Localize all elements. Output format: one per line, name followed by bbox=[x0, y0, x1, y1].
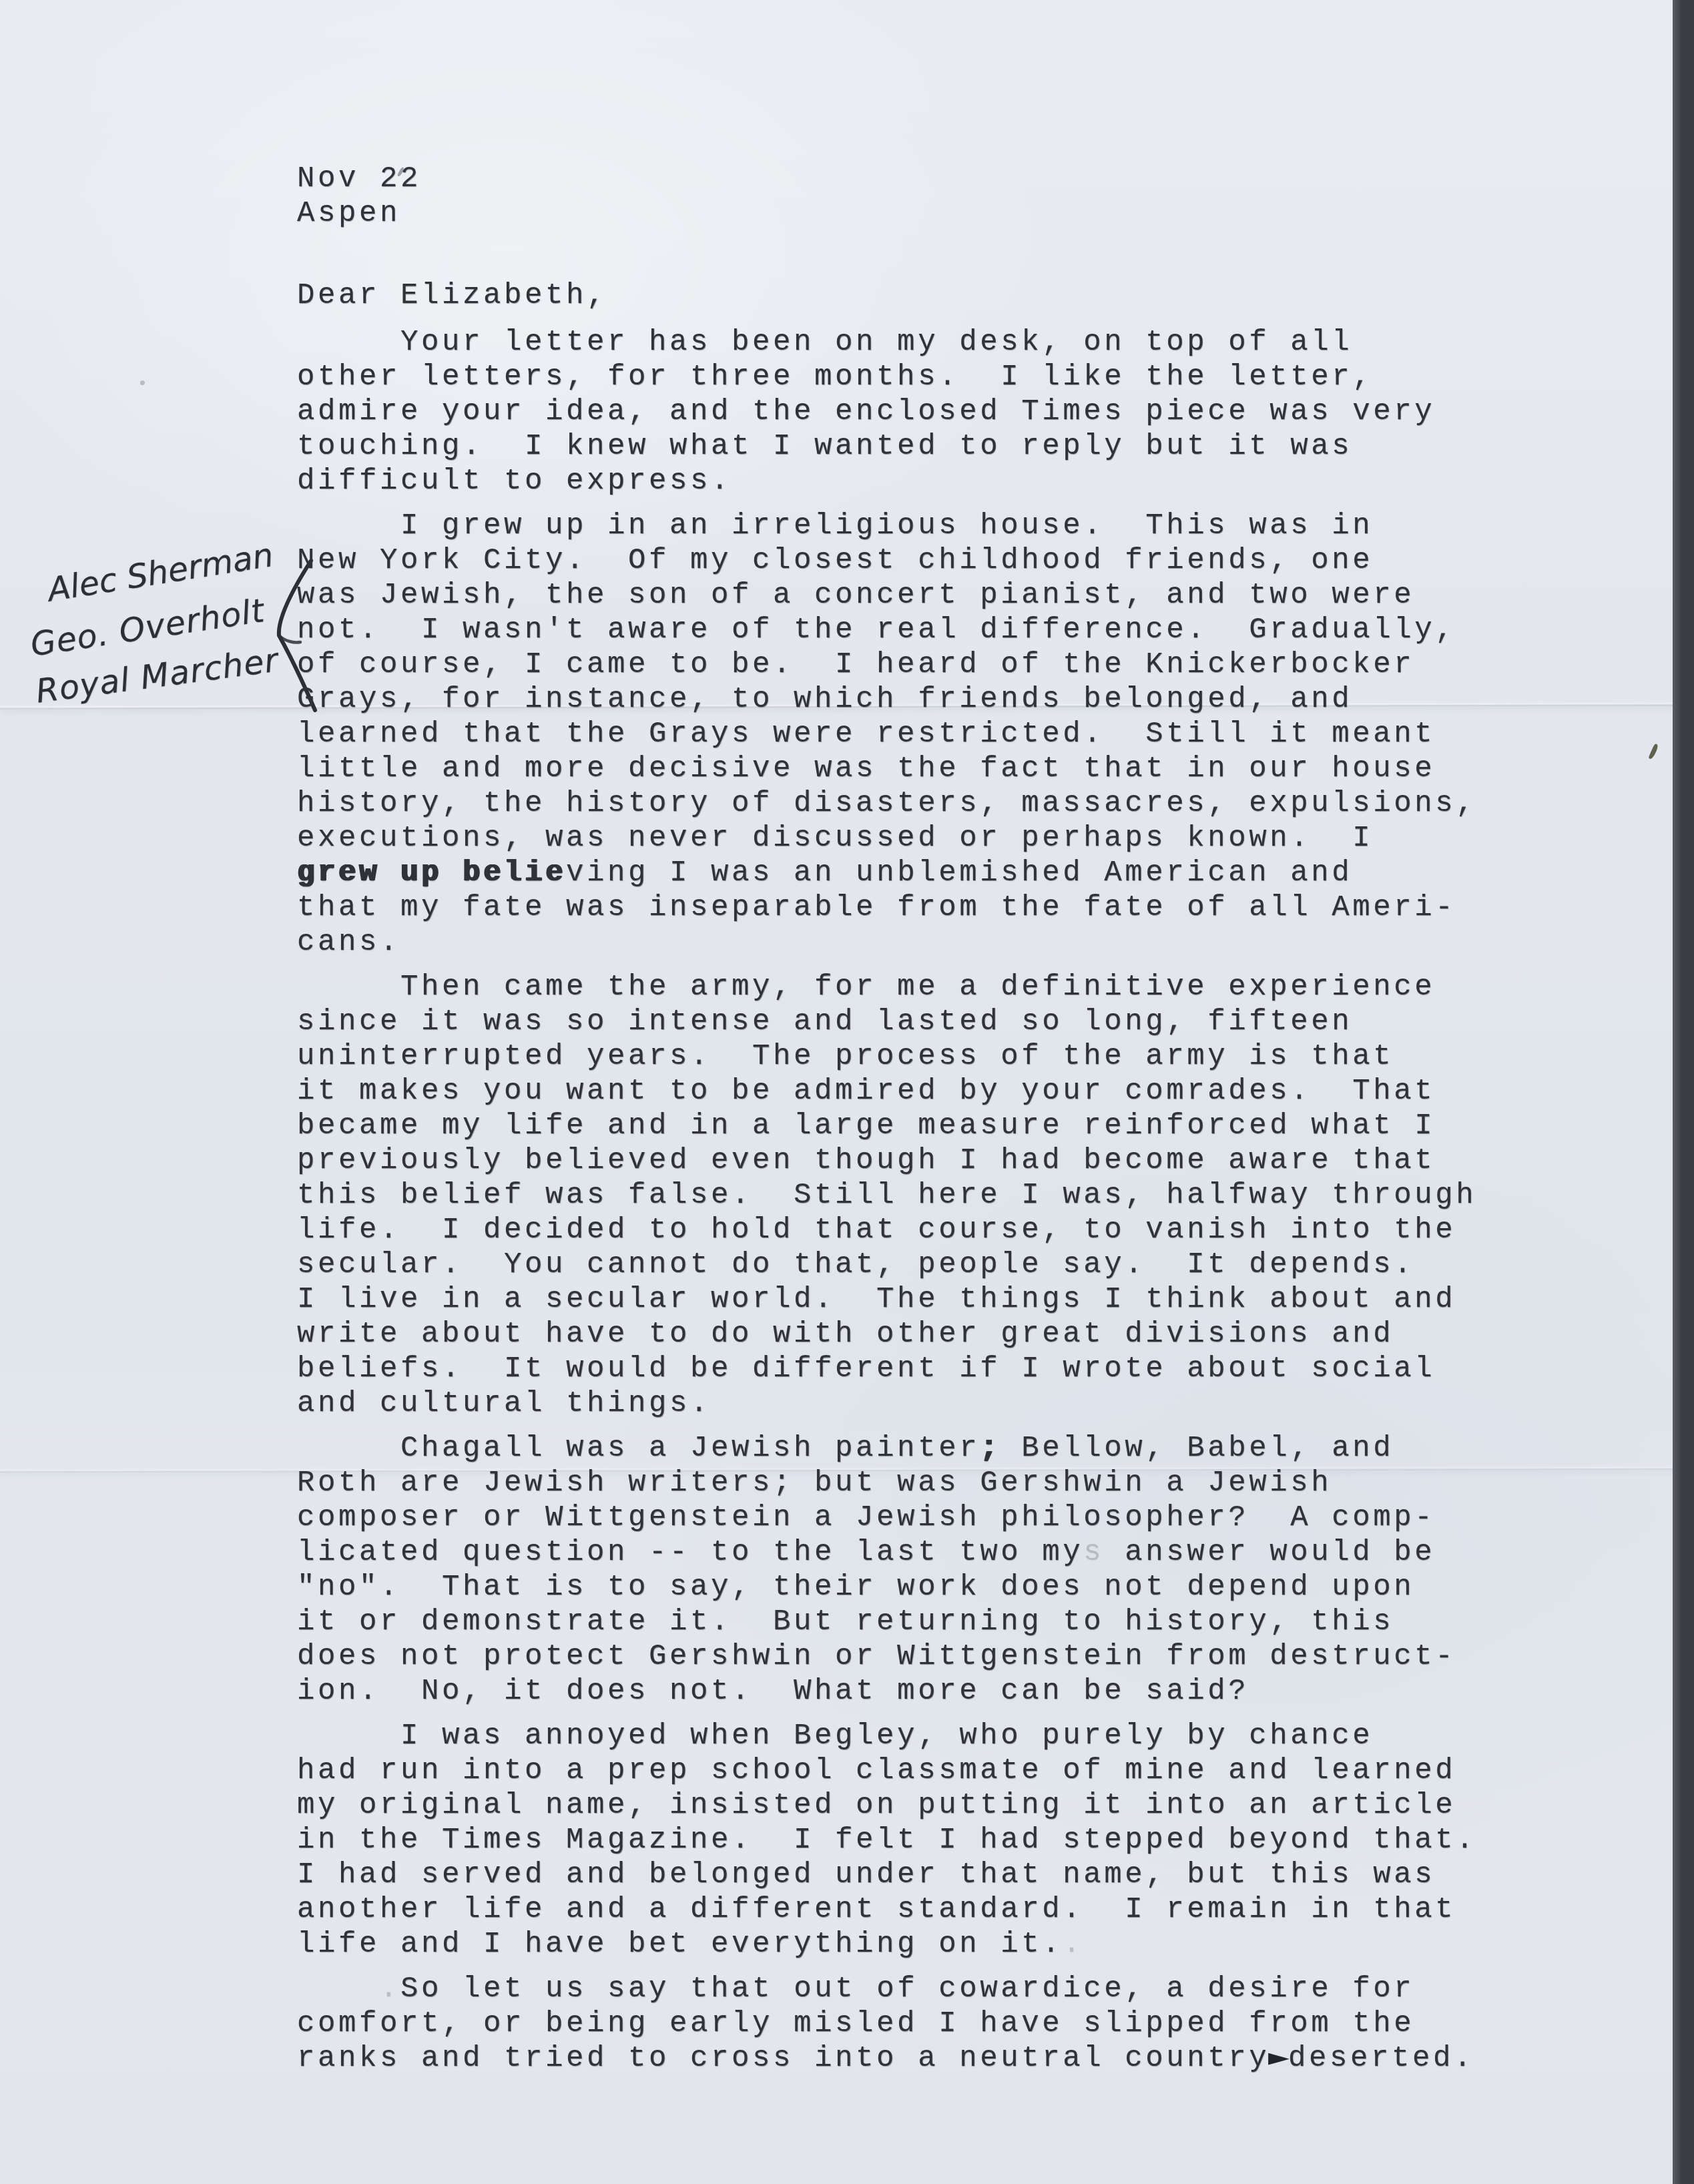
typed-line: and cultural things. bbox=[297, 1386, 1518, 1421]
typed-line: composer or Wittgenstein a Jewish philos… bbox=[297, 1500, 1518, 1535]
typed-line: I grew up in an irreligious house. This … bbox=[297, 509, 1518, 543]
typed-line: it or demonstrate it. But returning to h… bbox=[297, 1605, 1518, 1639]
scanner-edge-strip bbox=[1673, 0, 1694, 2184]
salutation: Dear Elizabeth, bbox=[297, 278, 1518, 313]
insertion-arrow-icon: ► bbox=[1268, 2040, 1290, 2075]
typed-line: previously believed even though I had be… bbox=[297, 1143, 1518, 1178]
typed-line: learned that the Grays were restricted. … bbox=[297, 717, 1518, 752]
typed-line: ranks and tried to cross into a neutral … bbox=[297, 2041, 1518, 2076]
typed-line: comfort, or being early misled I have sl… bbox=[297, 2006, 1518, 2041]
ghost-text: s bbox=[1083, 1536, 1104, 1569]
typed-line: another life and a different standard. I… bbox=[297, 1892, 1518, 1927]
typed-line: it makes you want to be admired by your … bbox=[297, 1074, 1518, 1109]
typed-line: Your letter has been on my desk, on top … bbox=[297, 325, 1518, 360]
paragraph: Then came the army, for me a definitive … bbox=[297, 970, 1518, 1421]
overstrike-text: grew up belie bbox=[297, 856, 566, 890]
typed-line: had run into a prep school classmate of … bbox=[297, 1753, 1518, 1788]
typed-line: admire your idea, and the enclosed Times… bbox=[297, 394, 1518, 429]
overstrike-text: ; bbox=[980, 1432, 1001, 1465]
typed-line: secular. You cannot do that, people say.… bbox=[297, 1248, 1518, 1282]
typed-line: licated question -- to the last two mys … bbox=[297, 1535, 1518, 1570]
scan-speck bbox=[140, 380, 145, 385]
typed-line: I live in a secular world. The things I … bbox=[297, 1282, 1518, 1317]
typed-line: life and I have bet everything on it.. bbox=[297, 1927, 1518, 1962]
typed-line: Chagall was a Jewish painter; Bellow, Ba… bbox=[297, 1431, 1518, 1466]
typed-line: since it was so intense and lasted so lo… bbox=[297, 1005, 1518, 1039]
typed-line: Roth are Jewish writers; but was Gershwi… bbox=[297, 1466, 1518, 1500]
ghost-text: . bbox=[380, 1972, 400, 2006]
typed-line: I was annoyed when Begley, who purely by… bbox=[297, 1719, 1518, 1753]
typed-line: that my fate was inseparable from the fa… bbox=[297, 890, 1518, 925]
place-line: Aspen bbox=[297, 196, 1518, 231]
typed-line: difficult to express. bbox=[297, 464, 1518, 499]
typed-line: other letters, for three months. I like … bbox=[297, 360, 1518, 394]
ghost-text: . bbox=[1063, 1928, 1083, 1961]
typed-line: write about have to do with other great … bbox=[297, 1317, 1518, 1352]
handwritten-margin-note: Alec Sherman Geo. Overholt Royal Marcher bbox=[0, 0, 347, 200]
typed-line: in the Times Magazine. I felt I had step… bbox=[297, 1823, 1518, 1858]
typed-line: Then came the army, for me a definitive … bbox=[297, 970, 1518, 1005]
typed-line: Grays, for instance, to which friends be… bbox=[297, 682, 1518, 717]
typed-line: cans. bbox=[297, 925, 1518, 960]
typed-line: does not protect Gershwin or Wittgenstei… bbox=[297, 1639, 1518, 1674]
typed-line: my original name, insisted on putting it… bbox=[297, 1788, 1518, 1823]
typed-line: ion. No, it does not. What more can be s… bbox=[297, 1674, 1518, 1709]
paragraph: Chagall was a Jewish painter; Bellow, Ba… bbox=[297, 1431, 1518, 1709]
paragraph: I grew up in an irreligious house. This … bbox=[297, 509, 1518, 960]
typed-line: little and more decisive was the fact th… bbox=[297, 752, 1518, 786]
typed-line: history, the history of disasters, massa… bbox=[297, 786, 1518, 821]
paragraph: .So let us say that out of cowardice, a … bbox=[297, 1972, 1518, 2076]
typed-line: life. I decided to hold that course, to … bbox=[297, 1213, 1518, 1248]
date-line: Nov 22 bbox=[297, 162, 1518, 196]
paragraph: Your letter has been on my desk, on top … bbox=[297, 325, 1518, 499]
typed-line: beliefs. It would be different if I wrot… bbox=[297, 1352, 1518, 1386]
typed-line: uninterrupted years. The process of the … bbox=[297, 1039, 1518, 1074]
dateline: Nov 22 Aspen bbox=[297, 162, 1518, 231]
typed-letter: Nov 22 Aspen Dear Elizabeth, Your letter… bbox=[297, 162, 1518, 2086]
typed-line: New York City. Of my closest childhood f… bbox=[297, 543, 1518, 578]
typed-line: not. I wasn't aware of the real differen… bbox=[297, 613, 1518, 647]
typed-line: grew up believing I was an unblemished A… bbox=[297, 856, 1518, 890]
typed-line: touching. I knew what I wanted to reply … bbox=[297, 429, 1518, 464]
typed-line: this belief was false. Still here I was,… bbox=[297, 1178, 1518, 1213]
scan-speck bbox=[1648, 744, 1659, 760]
typed-line: of course, I came to be. I heard of the … bbox=[297, 647, 1518, 682]
letter-body: Your letter has been on my desk, on top … bbox=[297, 325, 1518, 2076]
typed-line: I had served and belonged under that nam… bbox=[297, 1858, 1518, 1892]
paragraph: I was annoyed when Begley, who purely by… bbox=[297, 1719, 1518, 1962]
typed-line: was Jewish, the son of a concert pianist… bbox=[297, 578, 1518, 613]
typed-line: executions, was never discussed or perha… bbox=[297, 821, 1518, 856]
typed-line: became my life and in a large measure re… bbox=[297, 1109, 1518, 1143]
typed-line: "no". That is to say, their work does no… bbox=[297, 1570, 1518, 1605]
typed-line: .So let us say that out of cowardice, a … bbox=[297, 1972, 1518, 2006]
scanned-letter-page: Alec Sherman Geo. Overholt Royal Marcher… bbox=[0, 0, 1694, 2184]
